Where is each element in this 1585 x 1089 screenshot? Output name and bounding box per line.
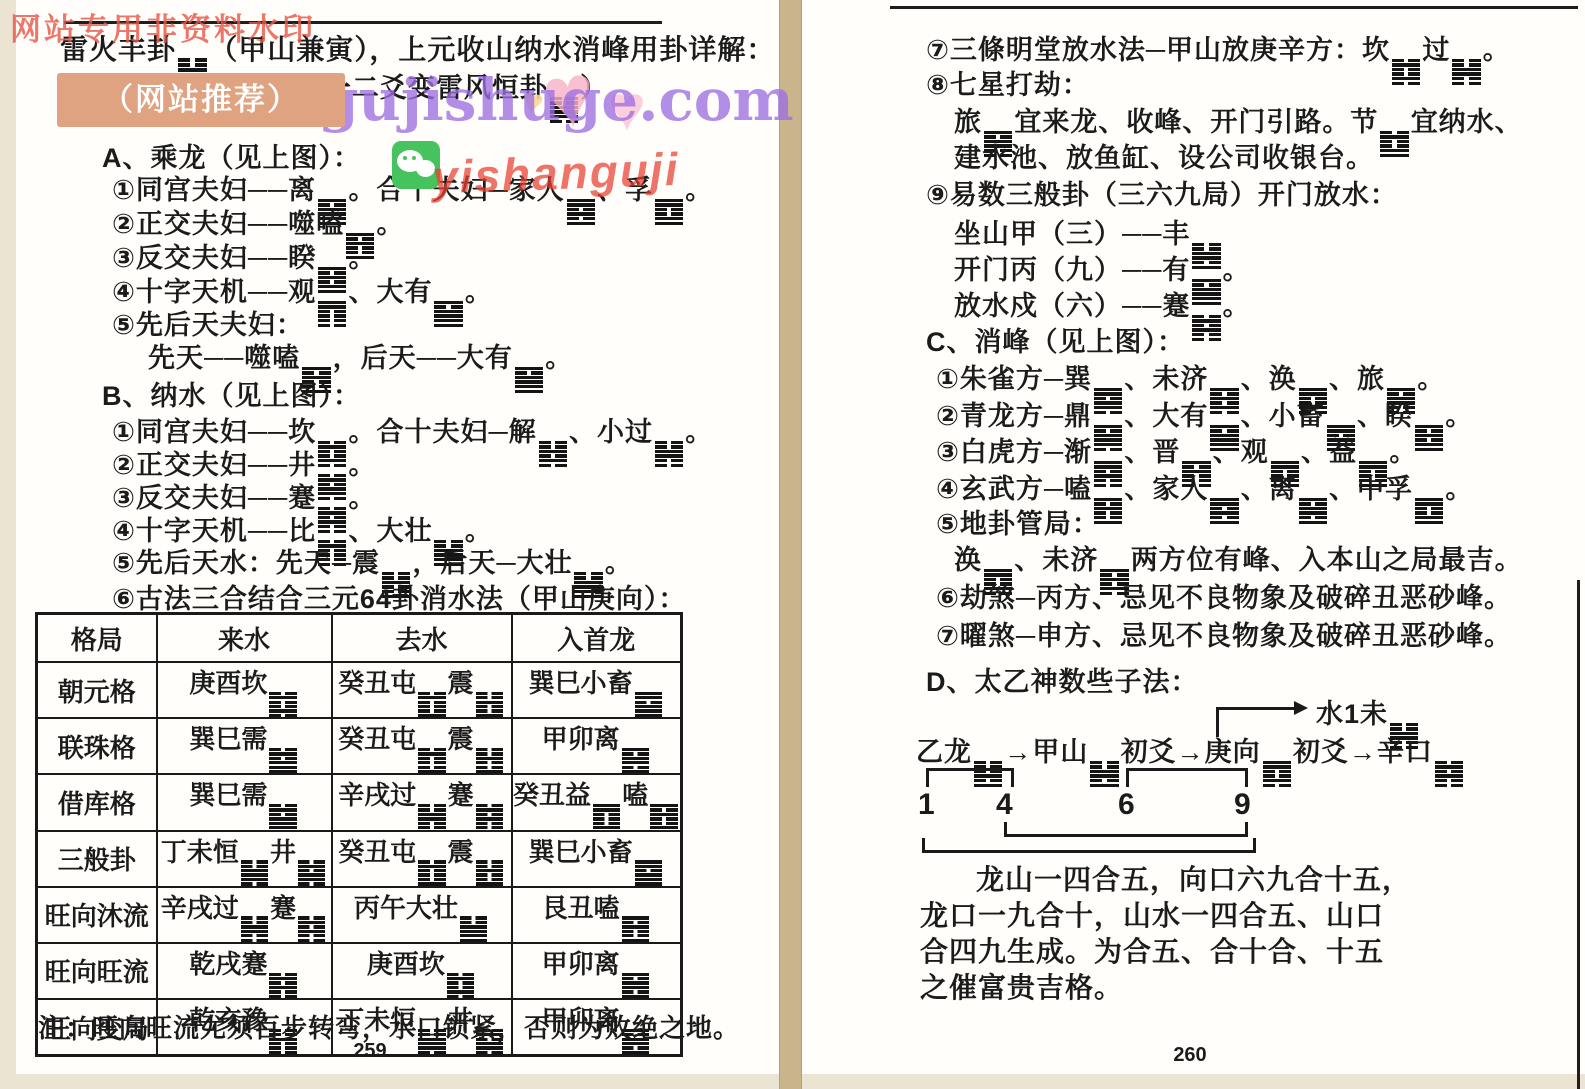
hexagram-icon	[476, 804, 503, 829]
hexagram-icon	[622, 916, 649, 941]
col-header: 入首龙	[512, 614, 682, 663]
water-method-table: 格局 来水 去水 入首龙 朝元格 庚酉坎 癸丑屯震 巽巳小畜 联珠格 巽巳需 癸…	[35, 612, 683, 1057]
hexagram-icon	[476, 860, 503, 885]
hexagram-icon	[241, 860, 268, 885]
hexagram-icon	[447, 973, 474, 998]
section-c-item-6: ⑥劫煞─丙方、忌见不良物象及破碎丑恶砂峰。	[936, 576, 1512, 615]
page-number-left: 259	[340, 1040, 400, 1063]
site-watermark: gujishuge.com	[318, 66, 794, 134]
table-row: 借库格 巽巳需 辛戌过蹇 癸丑益嗑	[37, 774, 682, 830]
cell: 癸丑屯震	[332, 831, 512, 887]
table-row: 旺向沐流 辛戌过蹇 丙午大壮 艮丑嗑	[37, 887, 682, 943]
cell: 丙午大壮	[332, 887, 512, 943]
hexagram-icon	[567, 199, 595, 225]
page-gutter	[779, 0, 802, 1089]
hexagram-icon	[650, 804, 677, 829]
hexagram-icon	[515, 367, 543, 393]
bracket-4-9	[1004, 822, 1248, 837]
item-9: ⑨易数三般卦（三六九局）开门放水：	[926, 173, 1398, 212]
page-number-right: 260	[1160, 1044, 1220, 1067]
cell: 丁未恒井	[157, 831, 332, 887]
hexagram-icon	[622, 973, 649, 998]
cell: 辛戌过蹇	[157, 887, 332, 943]
hexagram-icon	[1263, 761, 1291, 787]
cell: 巽巳需	[157, 774, 332, 830]
section-c-heading: C、消峰（见上图）：	[926, 320, 1185, 359]
scanned-book-spread: { "watermarks": { "top_red": "网站专用非资料水印"…	[0, 0, 1585, 1089]
cell: 巽巳需	[157, 718, 332, 774]
hexagram-icon	[476, 748, 503, 773]
item-8: ⑧七星打劫：	[926, 63, 1090, 102]
hexagram-icon	[622, 748, 649, 773]
hexagram-icon	[539, 441, 567, 467]
cell: 乾戌蹇	[157, 943, 332, 999]
hexagram-icon	[1415, 498, 1443, 524]
cell: 朝元格	[37, 662, 157, 718]
page-edge-left	[0, 0, 16, 1089]
item-8-line-2: 建水池、放鱼缸、设公司收银台。	[954, 136, 1374, 175]
number-9: 9	[1234, 788, 1251, 822]
cell: 艮丑嗑	[512, 887, 682, 943]
site-badge: （网站推荐）	[57, 73, 345, 127]
hexagram-icon	[418, 860, 445, 885]
hexagram-icon	[1210, 498, 1238, 524]
section-d-heading: D、太乙神数些子法：	[926, 660, 1199, 699]
bracket-6-9	[1126, 768, 1248, 787]
hexagram-icon	[418, 748, 445, 773]
hexagram-icon	[1452, 59, 1480, 85]
col-header: 格局	[37, 614, 157, 663]
section-b-item-6: ⑥古法三合结合三元64卦消水法（甲山庚向）：	[112, 577, 686, 616]
col-header: 去水	[332, 614, 512, 663]
hexagram-icon	[434, 301, 462, 327]
cell: 旺向旺流	[37, 943, 157, 999]
water-arrow-head	[1294, 701, 1308, 715]
red-watermark-text: 网站专用非资料水印	[10, 4, 316, 49]
cell: 巽巳小畜	[512, 662, 682, 718]
cell: 借库格	[37, 774, 157, 830]
hexagram-icon	[269, 692, 296, 717]
cell: 甲卯离	[512, 718, 682, 774]
hexagram-icon	[593, 804, 620, 829]
section-c-item-7: ⑦曜煞─申方、忌见不良物象及破碎丑恶砂峰。	[936, 614, 1512, 653]
hexagram-icon	[269, 973, 296, 998]
table-row: 旺向旺流 乾戌蹇 庚酉坎 甲卯离	[37, 943, 682, 999]
hexagram-icon	[298, 916, 325, 941]
bubble-eye	[403, 156, 407, 160]
cell: 癸丑屯震	[332, 718, 512, 774]
cell: 三般卦	[37, 831, 157, 887]
cell: 巽巳小畜	[512, 831, 682, 887]
hexagram-icon	[476, 692, 503, 717]
hexagram-icon	[269, 804, 296, 829]
red-script-watermark: yishanguji	[431, 142, 680, 205]
col-header: 来水	[157, 614, 332, 663]
table-row: 朝元格 庚酉坎 癸丑屯震 巽巳小畜	[37, 662, 682, 718]
water-arrow-horizontal	[1216, 707, 1294, 710]
bracket-1-4	[926, 768, 1014, 787]
hexagram-icon	[1415, 425, 1443, 451]
hexagram-icon	[635, 692, 662, 717]
hexagram-icon	[298, 860, 325, 885]
hexagram-icon	[635, 860, 662, 885]
bubble-eye	[412, 156, 416, 160]
hexagram-icon	[1090, 761, 1118, 787]
cell: 旺向沐流	[37, 887, 157, 943]
right-page-top-rule	[890, 6, 1578, 9]
cell: 癸丑益嗑	[512, 774, 682, 830]
number-1: 1	[918, 788, 935, 822]
hexagram-icon	[1299, 498, 1327, 524]
hexagram-icon	[1392, 59, 1420, 85]
table-row: 三般卦 丁未恒井 癸丑屯震 巽巳小畜	[37, 831, 682, 887]
hexagram-icon	[655, 199, 683, 225]
page-edge-right-line	[1577, 580, 1580, 1089]
cell: 癸丑屯震	[332, 662, 512, 718]
hexagram-icon	[1435, 761, 1463, 787]
cell: 辛戌过蹇	[332, 774, 512, 830]
section-c-item-5: ⑤地卦管局：	[936, 502, 1100, 541]
bracket-1-9	[922, 838, 1256, 853]
cell: 庚酉坎	[157, 662, 332, 718]
hexagram-icon	[418, 804, 445, 829]
hexagram-icon	[418, 692, 445, 717]
hexagram-icon	[318, 301, 346, 327]
number-4: 4	[996, 788, 1013, 822]
hexagram-icon	[655, 441, 683, 467]
table-header-row: 格局 来水 去水 入首龙	[37, 614, 682, 663]
cell: 庚酉坎	[332, 943, 512, 999]
hexagram-icon	[1380, 131, 1408, 157]
hexagram-icon	[269, 748, 296, 773]
section-b-heading: B、纳水（见上图）：	[102, 374, 361, 413]
hexagram-icon	[460, 916, 487, 941]
number-6: 6	[1118, 788, 1135, 822]
hexagram-icon	[1192, 315, 1220, 341]
table-row: 联珠格 巽巳需 癸丑屯震 甲卯离	[37, 718, 682, 774]
cell: 联珠格	[37, 718, 157, 774]
cell: 甲卯离	[512, 943, 682, 999]
hexagram-icon	[241, 916, 268, 941]
closing-paragraph: 龙山一四合五，向口六九合十五，龙口一九合十，山水一四合五、山口合四九生成。为合五…	[920, 862, 1412, 1006]
